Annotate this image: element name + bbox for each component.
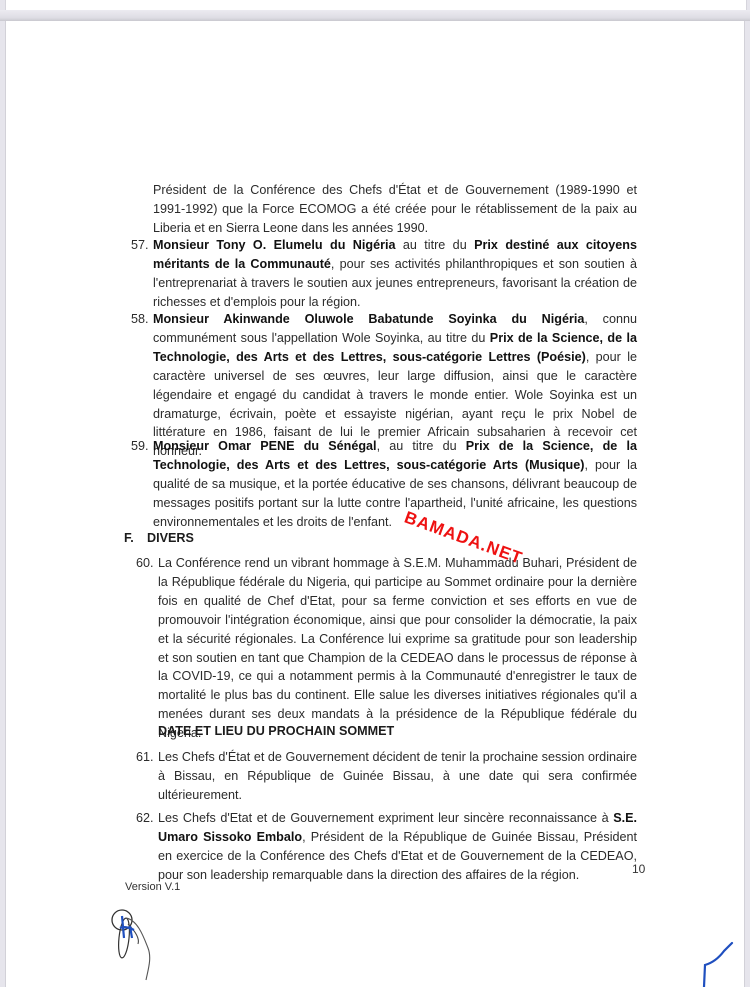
item-text: , au titre du [377,439,466,453]
item-number: 57. [131,236,149,255]
signature-initials-icon [108,908,168,983]
subheading-next-summit: DATE ET LIEU DU PROCHAIN SOMMET [158,724,394,738]
page-separator [0,10,750,21]
section-letter: F. [124,531,134,545]
item-number: 58. [131,310,149,329]
item-text: Les Chefs d'État et de Gouvernement déci… [158,750,637,802]
awardee-name: Monsieur Tony O. Elumelu du Nigéria [153,238,395,252]
previous-page-edge [5,0,747,10]
item-number: 62. [136,809,154,828]
section-title: DIVERS [147,531,194,545]
awardee-name: Monsieur Omar PENE du Sénégal [153,439,377,453]
list-item-61: 61. Les Chefs d'État et de Gouvernement … [158,748,637,805]
item-text: La Conférence rend un vibrant hommage à … [158,556,637,740]
item-text: Les Chefs d'Etat et de Gouvernement expr… [158,811,613,825]
item-number: 61. [136,748,154,767]
list-item-62: 62. Les Chefs d'Etat et de Gouvernement … [158,809,637,885]
signature-mark-icon [700,935,740,987]
paragraph-56-continuation: Président de la Conférence des Chefs d'É… [153,181,637,238]
awardee-name: Monsieur Akinwande Oluwole Babatunde Soy… [153,312,584,326]
item-number: 59. [131,437,149,456]
page-number: 10 [632,862,645,876]
list-item-59: 59. Monsieur Omar PENE du Sénégal, au ti… [153,437,637,532]
version-label: Version V.1 [125,881,180,893]
list-item-60: 60. La Conférence rend un vibrant hommag… [158,554,637,743]
item-text: au titre du [395,238,474,252]
item-number: 60. [136,554,154,573]
list-item-57: 57. Monsieur Tony O. Elumelu du Nigéria … [153,236,637,312]
